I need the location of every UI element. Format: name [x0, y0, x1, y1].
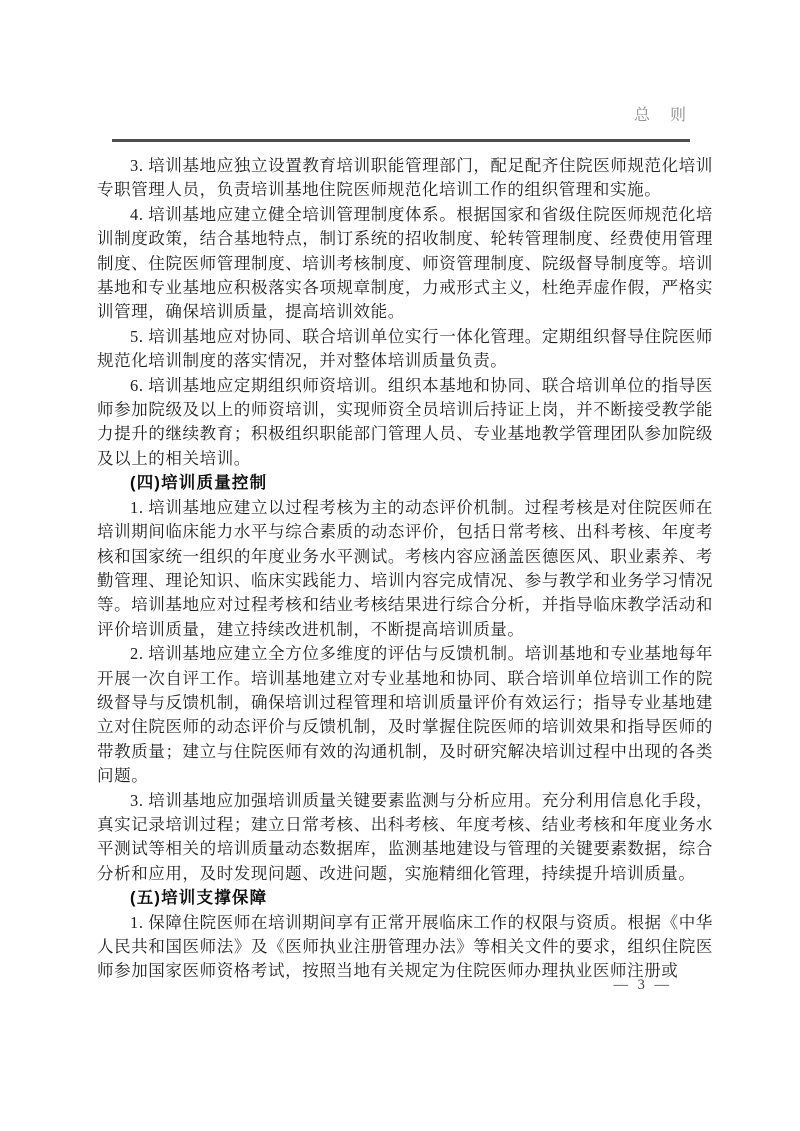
document-body: 3. 培训基地应独立设置教育培训职能管理部门，配足配齐住院医师规范化培训专职管理… [97, 154, 713, 984]
body-paragraph: 4. 培训基地应建立健全培训管理制度体系。根据国家和省级住院医师规范化培训制度政… [97, 203, 713, 325]
body-paragraph: 2. 培训基地应建立全方位多维度的评估与反馈机制。培训基地和专业基地每年开展一次… [97, 642, 713, 788]
body-paragraph: 5. 培训基地应对协同、联合培训单位实行一体化管理。定期组织督导住院医师规范化培… [97, 325, 713, 374]
section-heading: (五)培训支撑保障 [97, 886, 713, 910]
body-paragraph: 1. 培训基地应建立以过程考核为主的动态评价机制。过程考核是对住院医师在培训期间… [97, 496, 713, 642]
page-number: — 3 — [0, 977, 672, 994]
body-paragraph: 1. 保障住院医师在培训期间享有正常开展临床工作的权限与资质。根据《中华人民共和… [97, 911, 713, 984]
section-heading: (四)培训质量控制 [97, 471, 713, 495]
body-paragraph: 6. 培训基地应定期组织师资培训。组织本基地和协同、联合培训单位的指导医师参加院… [97, 374, 713, 472]
running-header-title: 总 则 [634, 106, 688, 126]
body-paragraph: 3. 培训基地应加强培训质量关键要素监测与分析应用。充分利用信息化手段，真实记录… [97, 789, 713, 887]
body-paragraph: 3. 培训基地应独立设置教育培训职能管理部门，配足配齐住院医师规范化培训专职管理… [97, 154, 713, 203]
scanned-document-page: 总 则 3. 培训基地应独立设置教育培训职能管理部门，配足配齐住院医师规范化培训… [0, 0, 800, 1131]
header-rule [112, 139, 690, 142]
